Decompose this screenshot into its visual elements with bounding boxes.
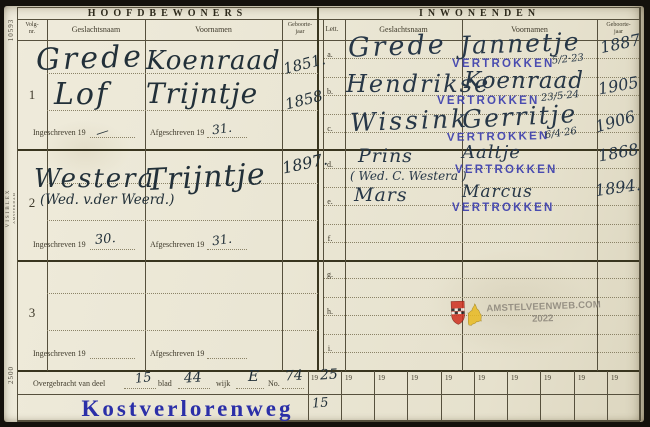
grid-line (540, 371, 541, 421)
inwonende-surname-note: ( Wed. C. Westera ) (350, 170, 467, 182)
hoofdbewoner-firstnames: Koenraad (146, 48, 281, 74)
ingeschreven-label: Ingeschreven 19 (33, 240, 86, 249)
writing-line (178, 388, 210, 389)
writing-line (47, 330, 318, 331)
vertrokken-stamp: VERTROKKEN (452, 202, 555, 214)
lett-label-f: f. (322, 234, 338, 243)
vertrokken-stamp: VERTROKKEN (455, 164, 558, 176)
hoofdbewoner-surname: Westera (34, 166, 155, 192)
grid-line (282, 19, 283, 371)
grid-line (17, 19, 640, 20)
writing-line (324, 242, 639, 243)
writing-line (90, 137, 135, 138)
grid-line (341, 371, 342, 421)
year-cell-prefix: 19 (478, 374, 485, 382)
writing-line (236, 388, 264, 389)
inwonende-surname: Wissink (350, 106, 470, 135)
no-label: No. (268, 379, 280, 388)
grid-line (17, 149, 640, 151)
writing-line (324, 278, 639, 279)
hoofdbewoner-surname: Grede (36, 42, 145, 76)
grid-line (639, 7, 641, 421)
inwonende-surname: Grede (348, 31, 448, 61)
inwonende-surname: Prins (358, 147, 413, 166)
blad-label: blad (158, 379, 172, 388)
hoofdbewoner-firstnames: Trijntje (146, 80, 258, 108)
writing-line (324, 224, 639, 225)
grid-line (323, 19, 324, 371)
amstelveen-coat-of-arms-icon (450, 300, 483, 328)
section-title-inwonenden: INWONENDEN (319, 8, 640, 20)
year-cell-prefix: 19 (544, 374, 551, 382)
col-header-volgnr-line2: nr. (17, 29, 47, 36)
ingeschreven-value: 30. (94, 232, 116, 247)
ingeschreven-label: Ingeschreven 19 (33, 128, 86, 137)
inwonende-firstnames: Marcus (462, 184, 533, 201)
scanned-register-page: 10593 VISIBLEX AMSTERDAM 2500 HOOFDBEWON… (0, 0, 650, 427)
registry-number-vertical: 10593 (7, 10, 17, 50)
print-code-vertical: 2500 (7, 355, 17, 395)
printer-city: AMSTERDAM (12, 163, 16, 253)
year-cell-prefix: 19 (311, 374, 318, 382)
year-cell-prefix: 19 (411, 374, 418, 382)
writing-line (324, 297, 639, 298)
grid-line (474, 371, 475, 421)
grid-line (407, 371, 408, 421)
grid-line (17, 260, 640, 262)
wijk-label: wijk (216, 379, 230, 388)
col-header-volgnr-line1: Volg- (17, 22, 47, 29)
lett-label-h: h. (322, 307, 338, 316)
year-cell-prefix: 19 (445, 374, 452, 382)
first-year-value: 25 (320, 368, 339, 383)
grid-line (17, 394, 640, 395)
writing-line (90, 358, 135, 359)
afgeschreven-label: Afgeschreven 19 (150, 349, 204, 358)
grid-line (441, 371, 442, 421)
afgeschreven-label: Afgeschreven 19 (150, 240, 204, 249)
house-number: 15 (312, 396, 329, 410)
writing-line (324, 352, 639, 353)
lett-label-e: e. (322, 197, 338, 206)
year-cell-prefix: 19 (511, 374, 518, 382)
col-header-geslachtsnaam-left: Geslachtsnaam (47, 25, 145, 34)
writing-line (47, 293, 318, 294)
lett-label-d: d. (322, 160, 338, 169)
grid-line (374, 371, 375, 421)
afgeschreven-value: 31. (211, 233, 232, 248)
grid-line (17, 7, 640, 8)
col-header-geboortejaar-line2: jaar (282, 29, 318, 36)
ingeschreven-label: Ingeschreven 19 (33, 349, 86, 358)
year-cell-prefix: 19 (611, 374, 618, 382)
writing-line (90, 249, 135, 250)
volgnr-1: 1 (17, 88, 47, 103)
year-cell-prefix: 19 (578, 374, 585, 382)
writing-line (47, 220, 318, 221)
deel-value: 15 (134, 371, 152, 386)
grid-line (507, 371, 508, 421)
writing-line (207, 358, 247, 359)
col-header-geboortejaar-line1: Geboorte- (597, 22, 640, 29)
blad-value: 44 (184, 370, 203, 385)
grid-line (308, 371, 309, 421)
col-header-geboortejaar-line1: Geboorte- (282, 22, 318, 29)
lett-label-b: b. (322, 87, 338, 96)
grid-line (17, 7, 18, 421)
col-header-volgnr: Volg- nr. (17, 22, 47, 36)
section-title-hoofdbewoners: HOOFDBEWONERS (17, 8, 318, 20)
lett-label-i: i. (322, 344, 338, 353)
year-cell-prefix: 19 (345, 374, 352, 382)
inwonende-firstnames: Aaltje (462, 144, 521, 162)
lett-label-a: a. (322, 50, 338, 59)
hoofdbewoner-surname: Lof (54, 80, 109, 110)
year-cell-prefix: 19 (378, 374, 385, 382)
no-value: 74 (285, 369, 304, 384)
afgeschreven-label: Afgeschreven 19 (150, 128, 204, 137)
writing-line (124, 388, 156, 389)
inwonende-surname: Mars (354, 186, 408, 205)
street-name-stamp: Kostverlorenweg (80, 396, 295, 422)
writing-line (207, 137, 247, 138)
grid-line (574, 371, 575, 421)
writing-line (282, 388, 304, 389)
writing-line (207, 249, 247, 250)
lett-label-g: g. (322, 270, 338, 279)
writing-line (324, 334, 639, 335)
col-header-geboortejaar-left: Geboorte- jaar (282, 22, 318, 36)
overgebracht-label: Overgebracht van deel (33, 379, 105, 388)
grid-line (607, 371, 608, 421)
wijk-value: E (248, 369, 259, 384)
hoofdbewoner-firstnames: Trijntje (145, 160, 266, 196)
volgnr-3: 3 (17, 306, 47, 321)
afgeschreven-value: 31. (211, 122, 232, 137)
col-header-voornamen-left: Voornamen (145, 25, 282, 34)
lett-label-c: c. (322, 124, 338, 133)
